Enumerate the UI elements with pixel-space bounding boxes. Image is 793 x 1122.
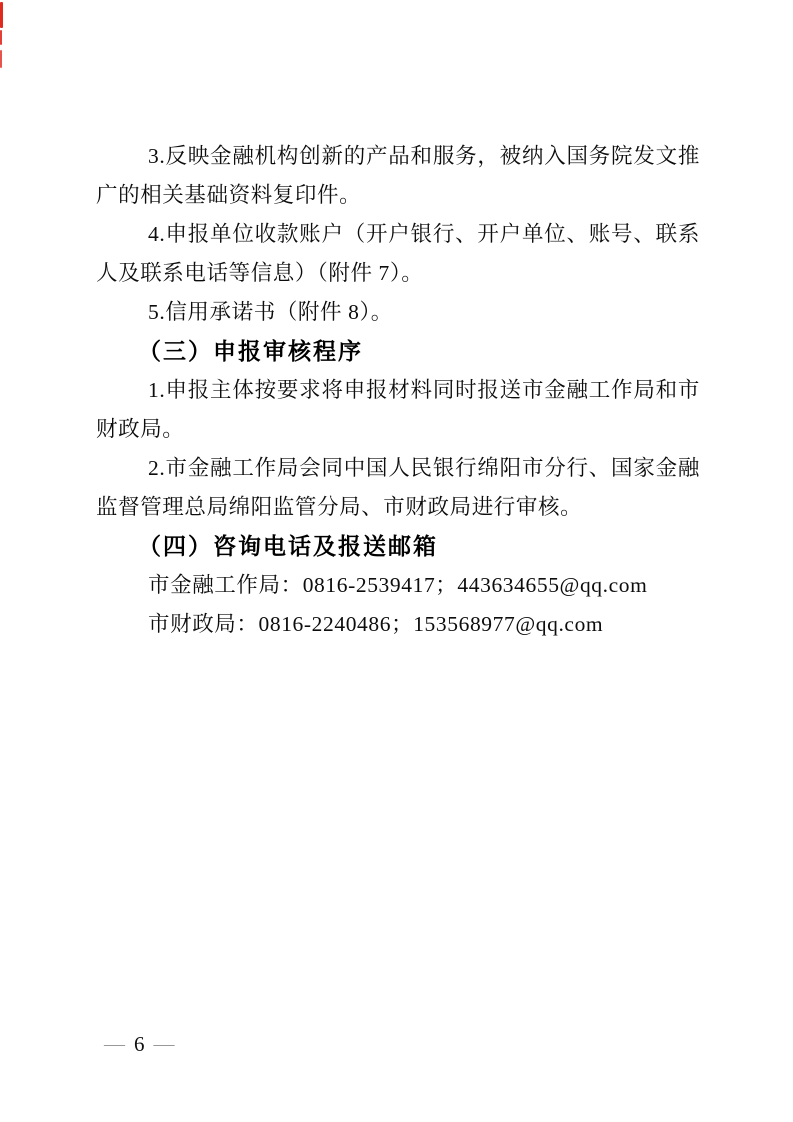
document-body: 3.反映金融机构创新的产品和服务，被纳入国务院发文推广的相关基础资料复印件。4.… [96, 137, 700, 644]
body-paragraph: 2.市金融工作局会同中国人民银行绵阳市分行、国家金融监督管理总局绵阳监管分局、市… [96, 449, 700, 527]
footer-dash-left: — [104, 1034, 125, 1055]
section-heading: （四）咨询电话及报送邮箱 [96, 527, 700, 566]
red-ink-mark-3 [0, 50, 2, 68]
page-number: 6 [134, 1031, 145, 1057]
body-paragraph: 5.信用承诺书（附件 8）。 [96, 293, 700, 332]
contact-line: 市财政局：0816-2240486；153568977@qq.com [96, 605, 700, 644]
body-paragraph: 1.申报主体按要求将申报材料同时报送市金融工作局和市财政局。 [96, 371, 700, 449]
red-ink-mark-1 [0, 2, 3, 28]
red-ink-mark-2 [0, 30, 2, 45]
footer-dash-right: — [154, 1034, 175, 1055]
body-paragraph: 3.反映金融机构创新的产品和服务，被纳入国务院发文推广的相关基础资料复印件。 [96, 137, 700, 215]
contact-line: 市金融工作局：0816-2539417；443634655@qq.com [96, 566, 700, 605]
section-heading: （三）申报审核程序 [96, 332, 700, 371]
page-footer: — 6 — [104, 1031, 175, 1057]
document-page: 3.反映金融机构创新的产品和服务，被纳入国务院发文推广的相关基础资料复印件。4.… [0, 0, 793, 1122]
body-paragraph: 4.申报单位收款账户（开户银行、开户单位、账号、联系人及联系电话等信息）（附件 … [96, 215, 700, 293]
